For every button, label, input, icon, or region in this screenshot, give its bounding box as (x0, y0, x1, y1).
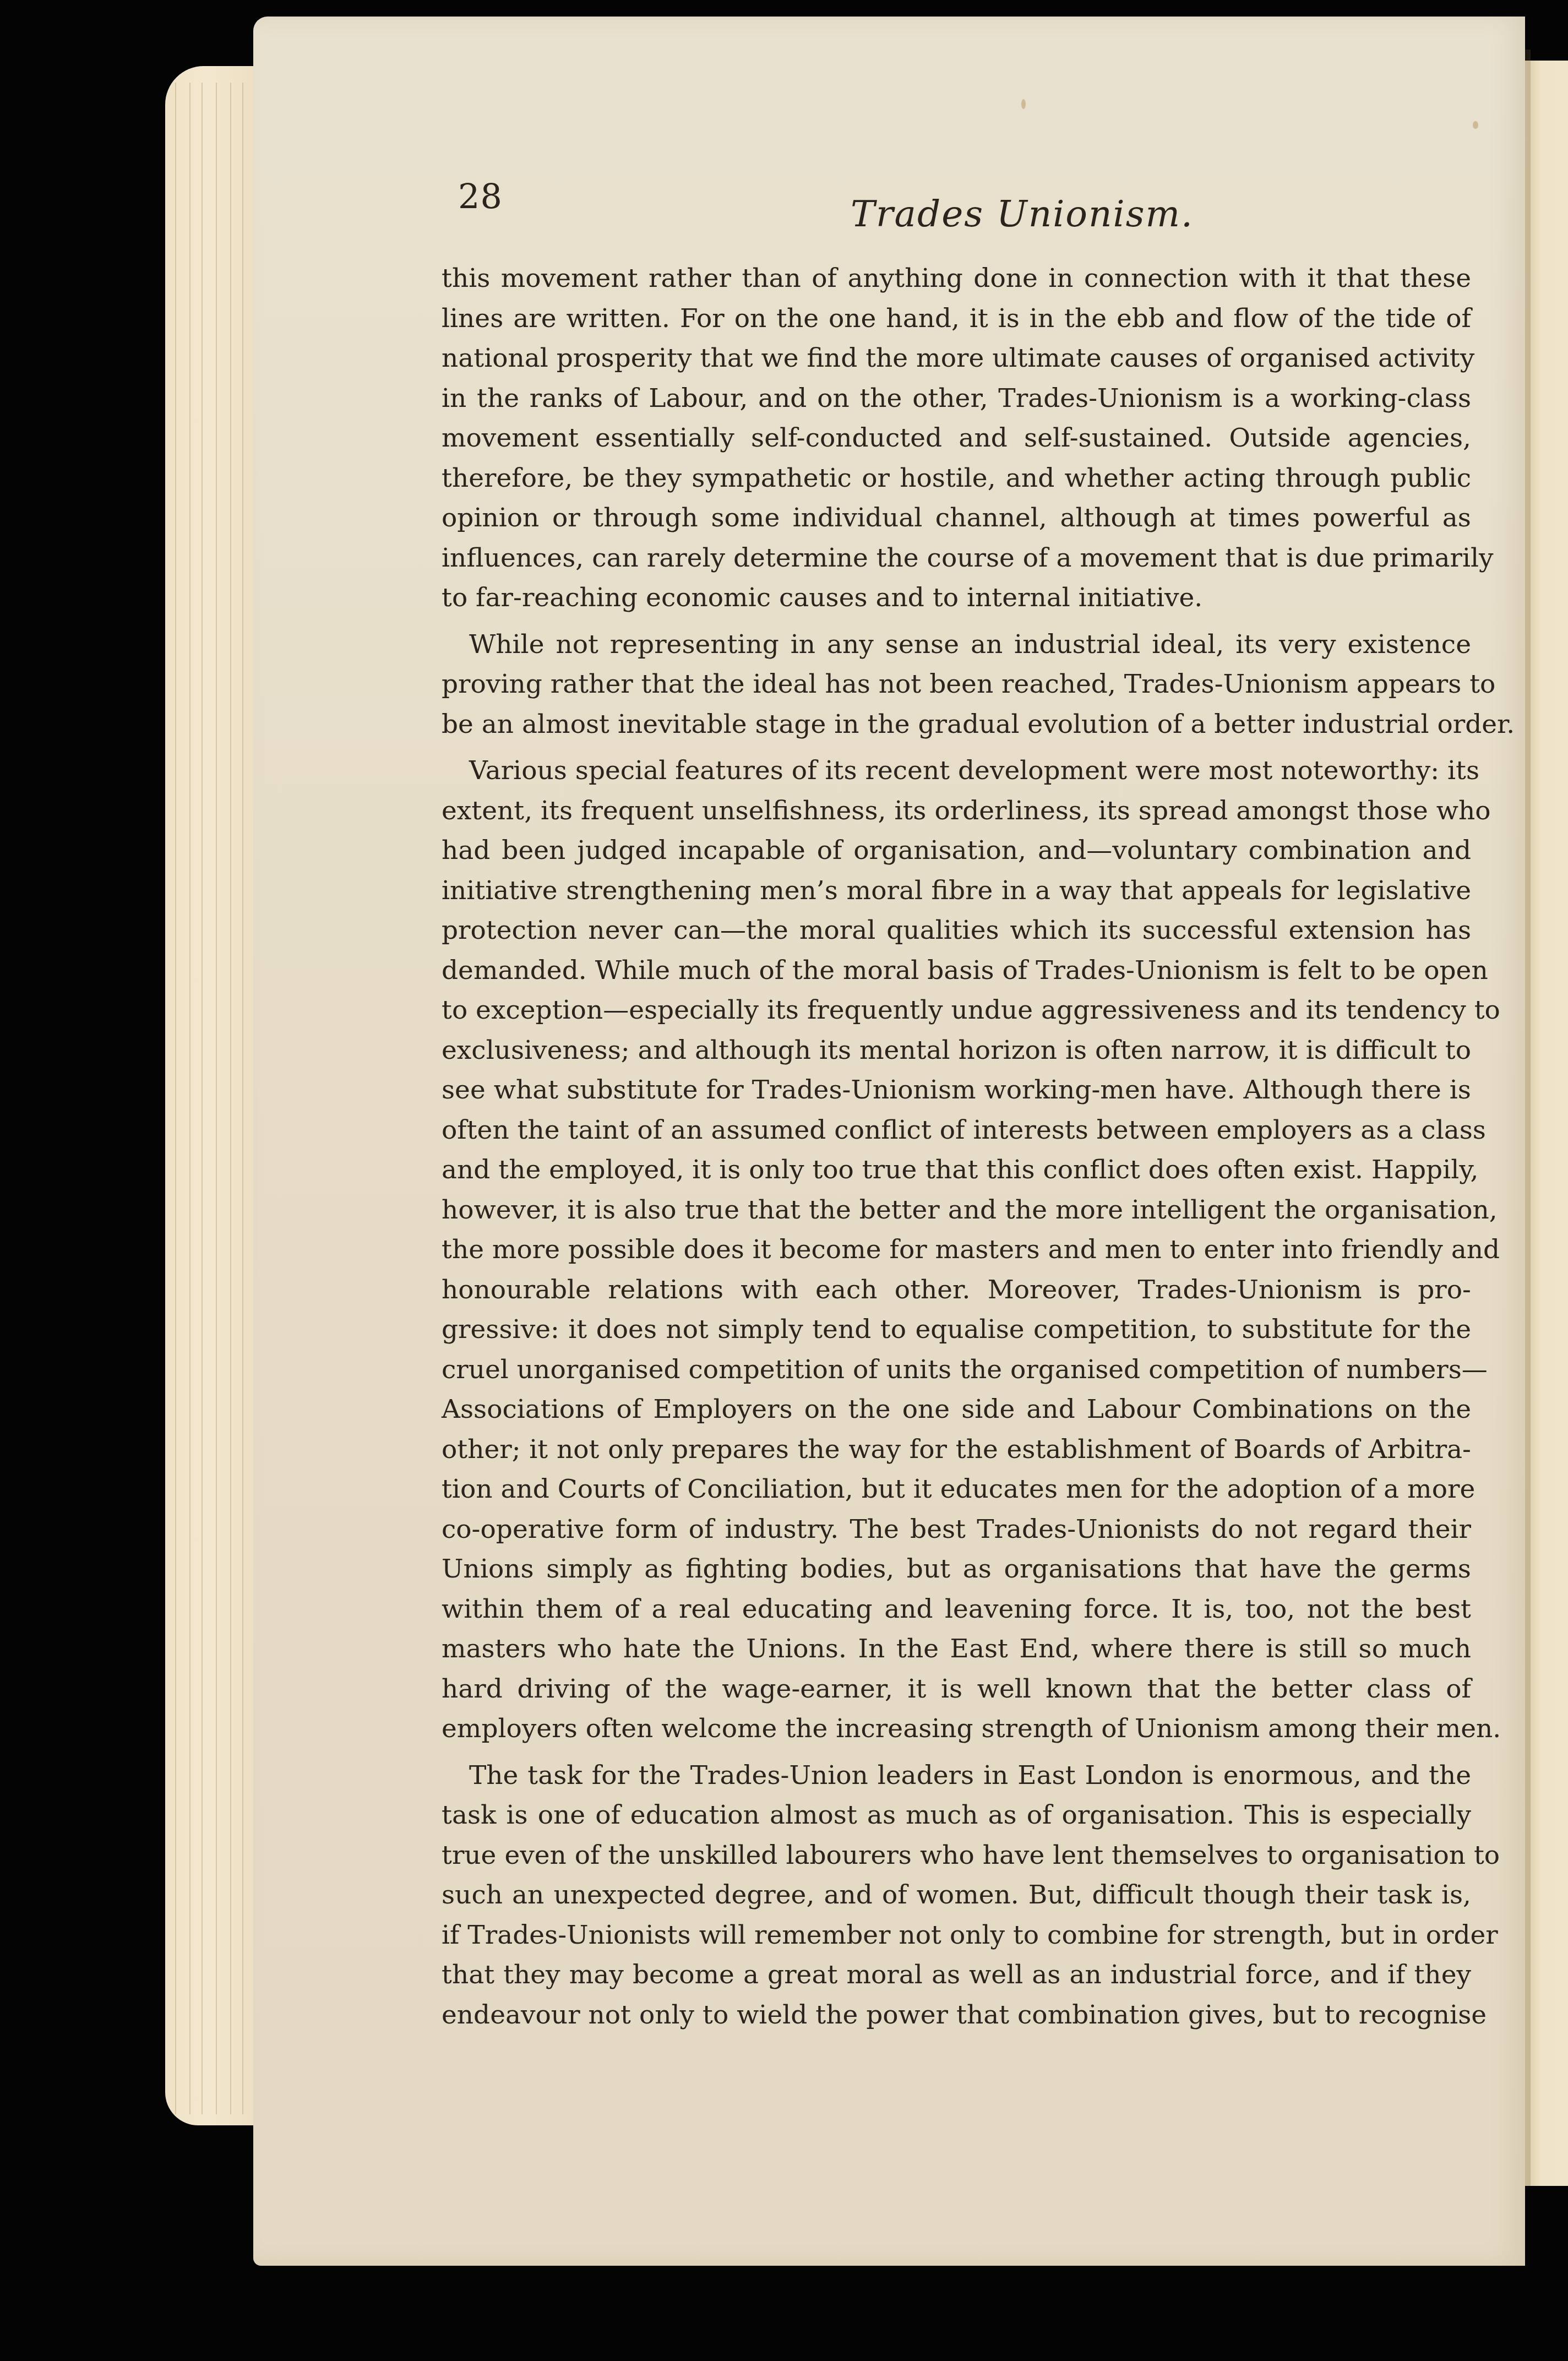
facing-page-edge (1525, 61, 1568, 2186)
page-edge-line (202, 83, 203, 2114)
text-line: to exception—especially its frequently u… (442, 991, 1471, 1031)
text-line: influences, can rarely determine the cou… (442, 538, 1471, 579)
text-line: therefore, be they sympathetic or hostil… (442, 459, 1471, 499)
text-line: national prosperity that we find the mor… (442, 339, 1471, 379)
text-line: tion and Courts of Conciliation, but it … (442, 1470, 1471, 1510)
paragraph-gap (442, 744, 1471, 751)
text-line: within them of a real educating and leav… (442, 1590, 1471, 1630)
page-edge-line (189, 83, 190, 2114)
text-line: Associations of Employers on the one sid… (442, 1390, 1471, 1430)
text-line: other; it not only prepares the way for … (442, 1430, 1471, 1470)
text-line: movement essentially self-conducted and … (442, 418, 1471, 459)
paragraph-gap (442, 1749, 1471, 1756)
text-line: opinion or through some individual chann… (442, 498, 1471, 538)
text-line: hard driving of the wage-earner, it is w… (442, 1669, 1471, 1710)
text-line: Various special features of its recent d… (442, 751, 1471, 791)
text-line: Unions simply as fighting bodies, but as… (442, 1549, 1471, 1590)
text-line: see what substitute for Trades-Unionism … (442, 1070, 1471, 1111)
text-line: be an almost inevitable stage in the gra… (442, 705, 1471, 745)
page-edge-line (242, 83, 243, 2114)
text-line: task is one of education almost as much … (442, 1796, 1471, 1836)
text-line: proving rather that the ideal has not be… (442, 665, 1471, 705)
book-page: 28 Trades Unionism. this movement rather… (253, 17, 1525, 2266)
text-line: demanded. While much of the moral basis … (442, 951, 1471, 991)
page-number: 28 (458, 176, 503, 216)
paragraph: this movement rather than of anything do… (442, 259, 1471, 618)
paragraph: Various special features of its recent d… (442, 751, 1471, 1749)
text-line: lines are written. For on the one hand, … (442, 299, 1471, 339)
text-line: often the taint of an assumed conflict o… (442, 1111, 1471, 1151)
page-edge-line (216, 83, 217, 2114)
scan-background: 28 Trades Unionism. this movement rather… (0, 0, 1568, 2361)
text-line: endeavour not only to wield the power th… (442, 1995, 1471, 2036)
paragraph-gap (442, 618, 1471, 625)
text-line: protection never can—the moral qualities… (442, 911, 1471, 951)
text-line: if Trades-Unionists will remember not on… (442, 1916, 1471, 1956)
text-line: that they may become a great moral as we… (442, 1955, 1471, 1995)
text-line: in the ranks of Labour, and on the other… (442, 379, 1471, 419)
text-line: such an unexpected degree, and of women.… (442, 1875, 1471, 1916)
text-line: The task for the Trades-Union leaders in… (442, 1756, 1471, 1796)
paper-fleck (1021, 99, 1026, 109)
text-line: honourable relations with each other. Mo… (442, 1270, 1471, 1310)
text-line: true even of the unskilled labourers who… (442, 1836, 1471, 1876)
page-edge-line (230, 83, 231, 2114)
text-line: had been judged incapable of organisatio… (442, 831, 1471, 871)
body-text: this movement rather than of anything do… (442, 259, 1471, 2035)
text-line: masters who hate the Unions. In the East… (442, 1629, 1471, 1669)
text-line: to far-reaching economic causes and to i… (442, 578, 1471, 618)
text-line: employers often welcome the increasing s… (442, 1709, 1471, 1749)
text-line: gressive: it does not simply tend to equ… (442, 1310, 1471, 1350)
running-head: Trades Unionism. (851, 193, 1194, 235)
text-line: this movement rather than of anything do… (442, 259, 1471, 299)
text-line: exclusiveness; and although its mental h… (442, 1031, 1471, 1071)
text-line: and the employed, it is only too true th… (442, 1150, 1471, 1190)
paragraph: The task for the Trades-Union leaders in… (442, 1756, 1471, 2036)
text-line: the more possible does it become for mas… (442, 1230, 1471, 1270)
text-line: extent, its frequent unselfishness, its … (442, 791, 1471, 831)
paragraph: While not representing in any sense an i… (442, 625, 1471, 745)
text-line: co-operative form of industry. The best … (442, 1510, 1471, 1550)
text-line: initiative strengthening men’s moral fib… (442, 871, 1471, 911)
text-line: cruel unorganised competition of units t… (442, 1350, 1471, 1390)
text-line: however, it is also true that the better… (442, 1190, 1471, 1231)
page-edge-line (175, 83, 176, 2114)
text-line: While not representing in any sense an i… (442, 625, 1471, 665)
paper-fleck (1473, 121, 1478, 129)
